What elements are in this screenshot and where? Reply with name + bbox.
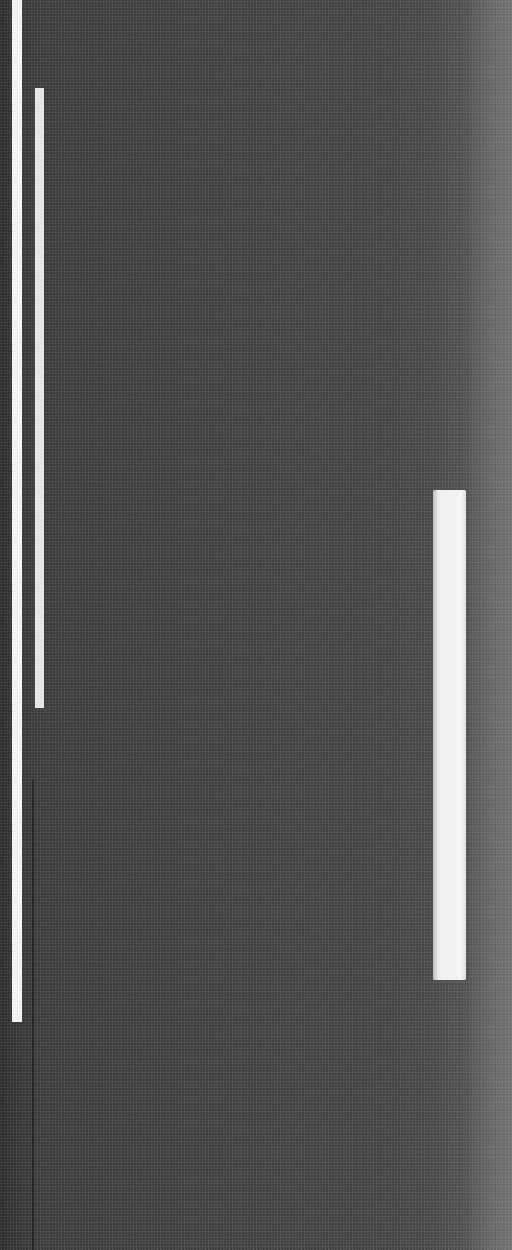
pavement-crack xyxy=(32,780,34,1250)
dashed-lane-marking xyxy=(433,490,466,980)
inner-solid-line xyxy=(35,88,44,708)
road-shoulder xyxy=(470,0,512,1250)
solid-edge-line xyxy=(12,0,22,1022)
road-surface xyxy=(0,0,512,1250)
